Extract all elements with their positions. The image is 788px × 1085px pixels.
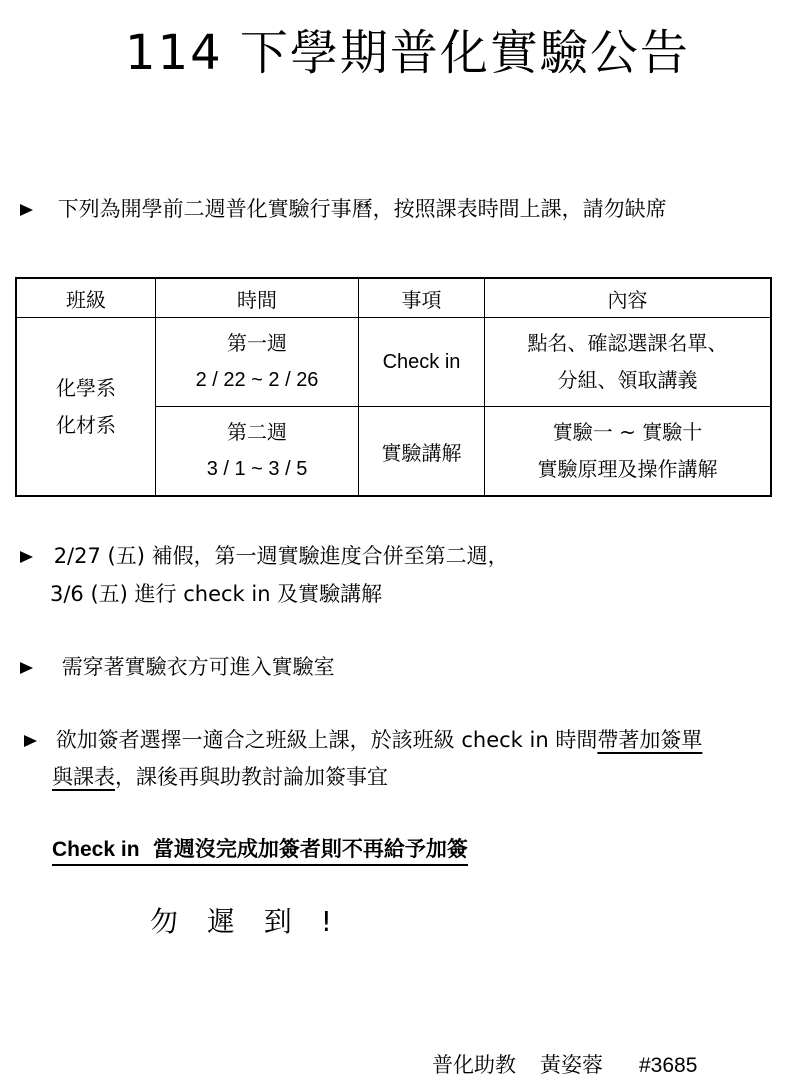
bullet-holiday: 2/27 (五) 補假，第一週實驗進度合併至第二週， 3/6 (五) 進行 ch… — [20, 540, 509, 570]
warning-prefix: Check in — [52, 838, 140, 861]
item-cell: Check in — [359, 318, 485, 407]
addsign-line-2: 與課表，課後再與助教討論加簽事宜 — [52, 761, 388, 791]
arrow-bullet-icon — [20, 204, 33, 216]
signature: 普化助教黃姿蓉#3685 — [432, 1049, 697, 1079]
no-late-notice: 勿 遲 到 ! — [150, 900, 342, 940]
week-label: 第一週 — [156, 325, 358, 362]
warning-text: 當週沒完成加簽者則不再給予加簽 — [153, 838, 468, 861]
class-cell: 化學系 化材系 — [16, 318, 156, 497]
addsign-underlined-2: 與課表 — [52, 765, 115, 789]
time-cell: 第二週 3 / 1 ~ 3 / 5 — [156, 407, 359, 497]
date-range: 3 / 1 ~ 3 / 5 — [156, 451, 358, 488]
addsign-text: 欲加簽者選擇一適合之班級上課，於該班級 check in 時間 — [56, 728, 598, 752]
content-cell: 點名、確認選課名單、 分組、領取講義 — [485, 318, 772, 407]
class-chem-mat: 化材系 — [17, 407, 155, 444]
arrow-bullet-icon — [20, 662, 33, 674]
page-title: 114 下學期普化實驗公告 — [0, 14, 788, 83]
item-cell: 實驗講解 — [359, 407, 485, 497]
holiday-line-1: 2/27 (五) 補假，第一週實驗進度合併至第二週， — [54, 544, 509, 568]
content-cell: 實驗一 ~ 實驗十 實驗原理及操作講解 — [485, 407, 772, 497]
bullet-addsign: 欲加簽者選擇一適合之班級上課，於該班級 check in 時間帶著加簽單 與課表… — [24, 724, 702, 754]
signature-ext: #3685 — [639, 1054, 697, 1077]
arrow-bullet-icon — [24, 735, 37, 747]
table-header-row: 班級 時間 事項 內容 — [16, 278, 771, 318]
week-label: 第二週 — [156, 414, 358, 451]
labcoat-text: 需穿著實驗衣方可進入實驗室 — [62, 655, 335, 679]
header-item: 事項 — [359, 278, 485, 318]
header-time: 時間 — [156, 278, 359, 318]
arrow-bullet-icon — [20, 551, 33, 563]
content-line: 分組、領取講義 — [485, 362, 770, 399]
table-row: 化學系 化材系 第一週 2 / 22 ~ 2 / 26 Check in 點名、… — [16, 318, 771, 407]
class-chem: 化學系 — [17, 370, 155, 407]
bullet-labcoat: 需穿著實驗衣方可進入實驗室 — [20, 651, 335, 681]
addsign-underlined-1: 帶著加簽單 — [597, 728, 702, 752]
addsign-warning: Check in 當週沒完成加簽者則不再給予加簽 — [52, 833, 468, 866]
header-content: 內容 — [485, 278, 772, 318]
date-range: 2 / 22 ~ 2 / 26 — [156, 362, 358, 399]
holiday-line-2: 3/6 (五) 進行 check in 及實驗講解 — [50, 578, 382, 608]
content-line: 實驗原理及操作講解 — [485, 451, 770, 488]
content-line: 點名、確認選課名單、 — [485, 325, 770, 362]
addsign-suffix: ，課後再與助教討論加簽事宜 — [115, 765, 388, 789]
intro-text: 下列為開學前二週普化實驗行事曆，按照課表時間上課，請勿缺席 — [58, 197, 667, 221]
signature-role: 普化助教 — [432, 1053, 516, 1077]
schedule-table: 班級 時間 事項 內容 化學系 化材系 第一週 2 / 22 ~ 2 / 26 … — [15, 277, 772, 497]
content-line: 實驗一 ~ 實驗十 — [485, 414, 770, 451]
header-class: 班級 — [16, 278, 156, 318]
bullet-intro: 下列為開學前二週普化實驗行事曆，按照課表時間上課，請勿缺席 — [20, 193, 667, 223]
time-cell: 第一週 2 / 22 ~ 2 / 26 — [156, 318, 359, 407]
signature-name: 黃姿蓉 — [540, 1053, 603, 1077]
